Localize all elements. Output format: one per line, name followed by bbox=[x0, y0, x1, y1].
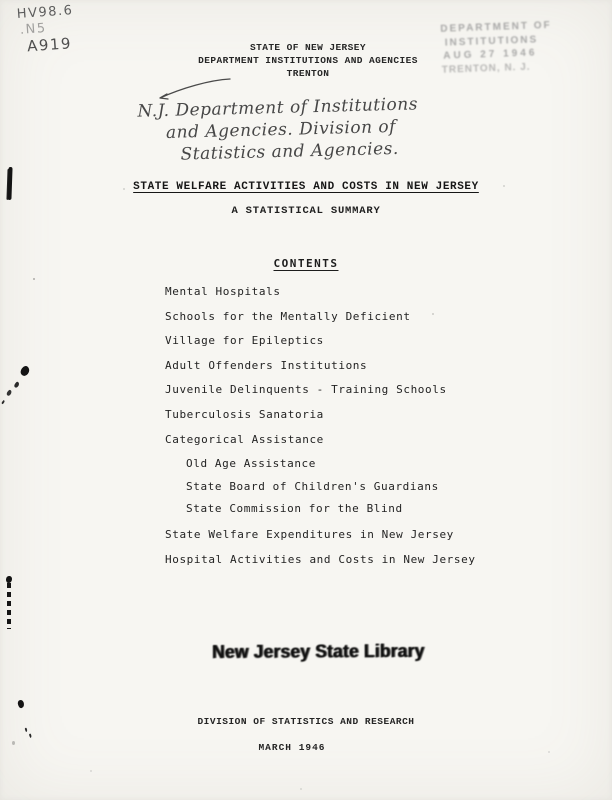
contents-item: Village for Epileptics bbox=[165, 334, 476, 359]
scan-speck bbox=[548, 751, 550, 753]
scan-speck bbox=[300, 788, 302, 790]
contents-subitem: Old Age Assistance bbox=[186, 457, 476, 479]
contents-item: Adult Offenders Institutions bbox=[165, 359, 476, 384]
contents-item: Categorical Assistance bbox=[165, 433, 476, 458]
ink-dashes-left-edge bbox=[7, 583, 11, 629]
scan-speck bbox=[90, 770, 92, 772]
ink-smudge-left-edge bbox=[19, 365, 31, 378]
contents-item: Hospital Activities and Costs in New Jer… bbox=[165, 553, 476, 578]
contents-item: State Welfare Expenditures in New Jersey bbox=[165, 528, 476, 553]
contents-subitem: State Commission for the Blind bbox=[186, 502, 476, 524]
document-title: STATE WELFARE ACTIVITIES AND COSTS IN NE… bbox=[0, 181, 612, 193]
contents-list: Mental Hospitals Schools for the Mentall… bbox=[165, 285, 476, 578]
contents-item: Juvenile Delinquents - Training Schools bbox=[165, 383, 476, 408]
footer-division: DIVISION OF STATISTICS AND RESEARCH bbox=[0, 716, 612, 727]
scan-speck bbox=[503, 185, 505, 187]
scan-speck bbox=[33, 278, 35, 280]
handwritten-note: N.J. Department of Institutions and Agen… bbox=[137, 93, 419, 166]
ink-mark-left-edge bbox=[7, 167, 12, 200]
contents-item: Tuberculosis Sanatoria bbox=[165, 408, 476, 433]
document-subtitle: A STATISTICAL SUMMARY bbox=[0, 205, 612, 217]
scan-speck bbox=[123, 188, 125, 190]
contents-subitem: State Board of Children's Guardians bbox=[186, 480, 476, 502]
footer-date: MARCH 1946 bbox=[0, 742, 598, 753]
ink-specks-left-edge bbox=[17, 699, 25, 709]
contents-heading: CONTENTS bbox=[0, 257, 612, 270]
contents-item: Schools for the Mentally Deficient bbox=[165, 310, 476, 335]
ink-blob-left-edge bbox=[6, 576, 12, 583]
scan-speck bbox=[432, 313, 434, 315]
received-date-stamp: DEPARTMENT OF INSTITUTIONS AUG 27 1946 T… bbox=[440, 17, 602, 77]
contents-item: Mental Hospitals bbox=[165, 285, 476, 310]
scan-speck bbox=[12, 741, 15, 745]
library-stamp: New Jersey State Library bbox=[212, 641, 424, 663]
scanned-document-page: HV98.6 .N5 A919 STATE OF NEW JERSEY DEPA… bbox=[0, 0, 612, 800]
